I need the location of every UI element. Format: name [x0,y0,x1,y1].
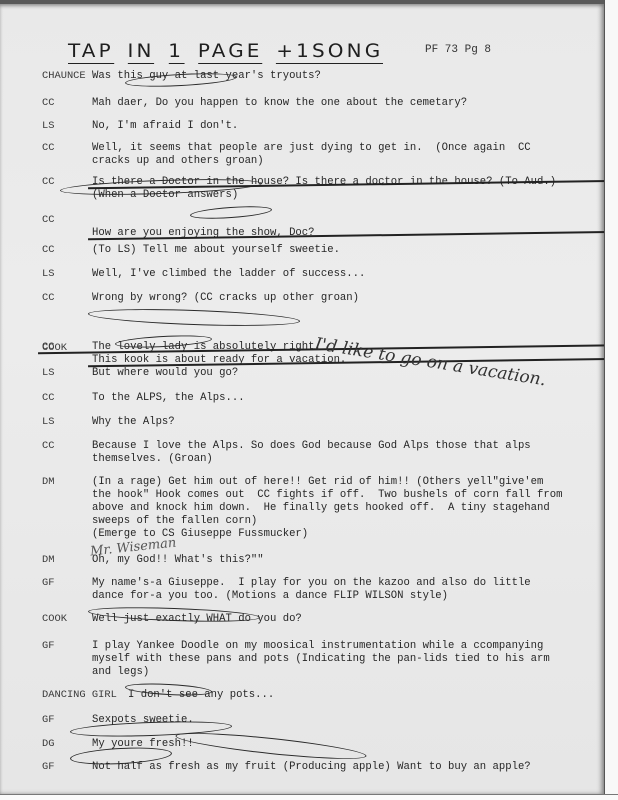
speaker-label: CC [42,440,54,452]
dialogue-line: But where would you go? [92,367,238,380]
dialogue-continuation: (Emerge to CS Giuseppe Fussmucker) [92,528,308,541]
speaker-label: CC [42,292,54,304]
handwritten-header-note: TAP IN 1 PAGE +1SONG [68,40,388,62]
note-word: TAP [68,40,114,64]
speaker-label: CC [42,97,54,109]
dialogue-line: Not half as fresh as my fruit (Producing… [92,761,531,774]
dialogue-continuation: cracks up and others groan) [92,155,264,168]
scan-right-edge [604,0,618,800]
dialogue-line: My name's-a Giuseppe. I play for you on … [92,577,531,590]
speaker-label: DANCING GIRL [42,689,117,701]
speaker-label: LS [42,268,54,280]
dialogue-line: Mah daer, Do you happen to know the one … [92,97,467,110]
dialogue-line: Wrong by wrong? (CC cracks up other groa… [92,292,359,305]
speaker-label: DM [42,476,54,488]
dialogue-continuation: themselves. (Groan) [92,453,213,466]
speaker-label: CC [42,244,54,256]
note-word: PAGE [198,40,263,64]
speaker-label: CC [42,214,54,226]
speaker-label: CC [42,341,54,353]
speaker-label: GF [42,761,54,773]
dialogue-line-struck: How are you enjoying the show, Doc? [92,227,618,240]
speaker-label: GF [42,577,54,589]
speaker-label: GF [42,714,54,726]
note-word: 1 [168,40,184,64]
speaker-label: DM [42,554,54,566]
dialogue-line: Well, it seems that people are just dyin… [92,142,531,155]
dialogue-continuation: myself with these pans and pots (Indicat… [92,653,550,666]
strike-loop [88,306,300,328]
speaker-label: LS [42,416,54,428]
script-page: TAP IN 1 PAGE +1SONG PF 73 Pg 8 CHAUNCE … [0,4,604,794]
speaker-label: COOK [42,613,67,625]
scan-bottom-edge [0,794,618,800]
dialogue-continuation: the hook" Hook comes out CC fights if of… [92,489,562,502]
dialogue-line: No, I'm afraid I don't. [92,120,238,133]
dialogue-line: I play Yankee Doodle on my moosical inst… [92,640,543,653]
dialogue-line: Oh, my God!! What's this?"" [92,554,264,567]
speaker-label: GF [42,640,54,652]
page-reference: PF 73 Pg 8 [425,44,491,56]
note-word: +1SONG [276,40,383,64]
dialogue-line: (In a rage) Get him out of here!! Get ri… [92,476,543,489]
dialogue-continuation: and legs) [92,666,149,679]
speaker-label: CC [42,176,54,188]
dialogue-line: Well, I've climbed the ladder of success… [92,268,365,281]
dialogue-line: Why the Alps? [92,416,175,429]
dialogue-continuation: sweeps of the fallen corn) [92,515,257,528]
dialogue-line: To the ALPS, the Alps... [92,392,245,405]
strike-loop [190,204,273,221]
strike-loop [175,728,368,764]
dialogue-line: Because I love the Alps. So does God bec… [92,440,531,453]
speaker-label: LS [42,120,54,132]
speaker-label: DG [42,738,54,750]
speaker-label: CC [42,392,54,404]
dialogue-line: (To LS) Tell me about yourself sweetie. [92,244,340,257]
dialogue-continuation: above and knock him down. He finally get… [92,502,550,515]
speaker-label: LS [42,367,54,379]
note-word: IN [127,40,154,64]
dialogue-continuation: dance for-a you too. (Motions a dance FL… [92,590,448,603]
speaker-label: CC [42,142,54,154]
speaker-label: CHAUNCE [42,70,86,82]
